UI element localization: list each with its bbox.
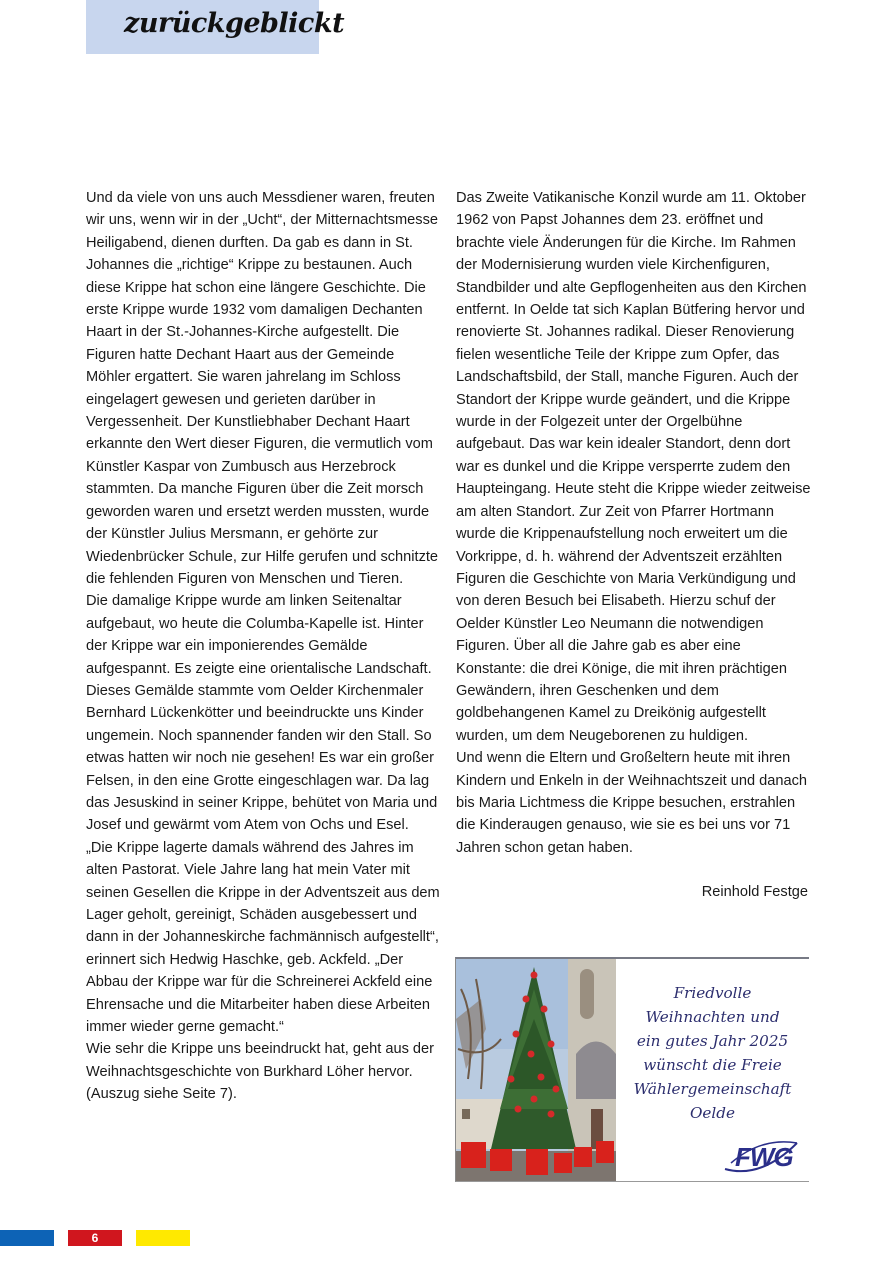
fwg-logo-text: FWG <box>735 1142 793 1173</box>
article-paragraph: Wie sehr die Krippe uns beeindruckt hat,… <box>86 1038 442 1105</box>
footer-blue-bar <box>0 1230 54 1246</box>
article-paragraph: „Die Krippe lagerte damals während des J… <box>86 837 442 1039</box>
greeting-line: Oelde <box>616 1101 809 1125</box>
footer-yellow-bar <box>136 1230 190 1246</box>
article-paragraph: Und wenn die Eltern und Großeltern heute… <box>456 747 812 859</box>
article-author: Reinhold Festge <box>456 881 808 903</box>
page-number: 6 <box>68 1230 122 1246</box>
section-title: zurückgeblickt <box>124 8 344 39</box>
greeting-line: ein gutes Jahr 2025 <box>616 1029 809 1053</box>
article-paragraph: Und da viele von uns auch Messdiener war… <box>86 187 442 590</box>
greeting-line: Friedvolle <box>616 981 809 1005</box>
christmas-tree-photo <box>456 959 616 1181</box>
christmas-greeting-ad: Friedvolle Weihnachten und ein gutes Jah… <box>455 957 809 1182</box>
article-paragraph: Das Zweite Vatikanische Konzil wurde am … <box>456 187 812 747</box>
article-right-column: Das Zweite Vatikanische Konzil wurde am … <box>456 187 812 904</box>
greeting-line: Wählergemeinschaft <box>616 1077 809 1101</box>
fwg-logo: FWG <box>721 1139 801 1175</box>
section-header-band: zurückgeblickt <box>86 0 319 54</box>
greeting-line: wünscht die Freie <box>616 1053 809 1077</box>
article-paragraph: Die damalige Krippe wurde am linken Seit… <box>86 590 442 836</box>
greeting-text: Friedvolle Weihnachten und ein gutes Jah… <box>616 981 809 1125</box>
greeting-line: Weihnachten und <box>616 1005 809 1029</box>
article-left-column: Und da viele von uns auch Messdiener war… <box>86 187 442 1106</box>
